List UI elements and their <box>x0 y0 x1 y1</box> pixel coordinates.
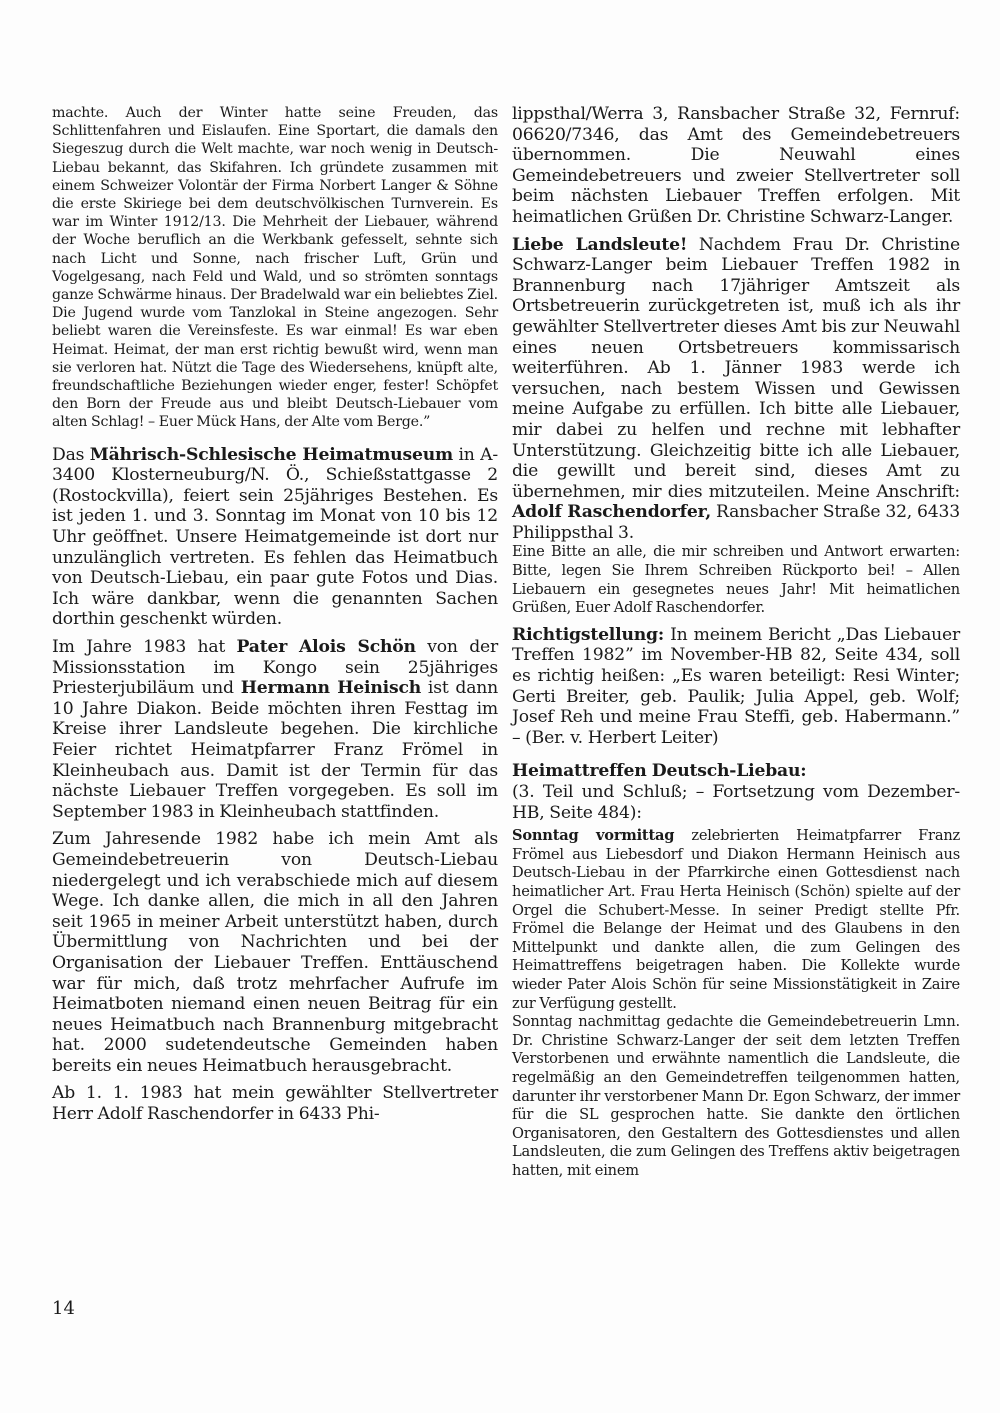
text-run: (3. Teil und Schluß; – Fortsetzung vom D… <box>512 782 960 823</box>
paragraph-stellvertreter-cont: lippsthal/Werra 3, Ransbacher Straße 32,… <box>512 104 960 228</box>
bold-text-run: Pater Alois Schön <box>237 637 416 657</box>
text-run: ist dann 10 Jahre Diakon. Beide möchten … <box>52 678 498 822</box>
text-run: Nachdem Frau Dr. Christine Schwarz-Lange… <box>512 235 960 502</box>
paragraph-sonntag-vormittag: Sonntag vormittag zelebrierten Heimatpfa… <box>512 827 960 1013</box>
paragraph-richtigstellung: Richtigstellung: In meinem Bericht „Das … <box>512 625 960 749</box>
paragraph-bitte-rueckporto: Eine Bitte an alle, die mir schreiben un… <box>512 543 960 617</box>
page-number: 14 <box>52 1298 75 1320</box>
text-run: in A-3400 Klosterneuburg/N. Ö., Schießst… <box>52 445 498 630</box>
paragraph-heimattreffen-subtitle: (3. Teil und Schluß; – Fortsetzung vom D… <box>512 782 960 823</box>
text-run: zelebrierten Heimatpfarrer Franz Frömel … <box>512 827 960 1011</box>
text-run: Im Jahre 1983 hat <box>52 637 237 657</box>
paragraph-jahresende: Zum Jahresende 1982 habe ich mein Amt al… <box>52 829 498 1076</box>
text-run: Eine Bitte an alle, die mir schreiben un… <box>512 543 960 616</box>
paragraph-jubilaeum: Im Jahre 1983 hat Pater Alois Schön von … <box>52 637 498 822</box>
bold-text-run: Adolf Raschendorfer, <box>512 502 711 522</box>
paragraph-heimatmuseum: Das Mährisch-Schlesische Heimatmuseum in… <box>52 445 498 630</box>
bold-text-run: Sonntag vormittag <box>512 827 674 844</box>
paragraph-heimattreffen-heading: Heimattreffen Deutsch-Liebau: <box>512 761 960 782</box>
newspaper-page: machte. Auch der Winter hatte seine Freu… <box>0 0 1000 1413</box>
bold-text-run: Mährisch-Schlesische Heimatmuseum <box>90 445 453 465</box>
text-run: Ab 1. 1. 1983 hat mein gewählter Stellve… <box>52 1083 498 1124</box>
text-run: Sonntag nachmittag gedachte die Gemeinde… <box>512 1013 960 1179</box>
bold-text-run: Liebe Landsleute! <box>512 235 687 255</box>
paragraph-stellvertreter: Ab 1. 1. 1983 hat mein gewählter Stellve… <box>52 1083 498 1124</box>
paragraph-liebe-landsleute: Liebe Landsleute! Nachdem Frau Dr. Chris… <box>512 235 960 544</box>
bold-text-run: Hermann Heinisch <box>241 678 421 698</box>
bold-text-run: Richtigstellung: <box>512 625 664 645</box>
text-run: machte. Auch der Winter hatte seine Freu… <box>52 105 498 430</box>
left-column: machte. Auch der Winter hatte seine Freu… <box>52 104 498 1125</box>
text-run: lippsthal/Werra 3, Ransbacher Straße 32,… <box>512 104 960 227</box>
paragraph-sonntag-nachmittag: Sonntag nachmittag gedachte die Gemeinde… <box>512 1013 960 1180</box>
text-run: Zum Jahresende 1982 habe ich mein Amt al… <box>52 829 498 1076</box>
right-column: lippsthal/Werra 3, Ransbacher Straße 32,… <box>512 104 960 1180</box>
paragraph-winter-memories: machte. Auch der Winter hatte seine Freu… <box>52 104 498 432</box>
text-run: Das <box>52 445 90 465</box>
bold-text-run: Heimattreffen Deutsch-Liebau: <box>512 761 806 781</box>
